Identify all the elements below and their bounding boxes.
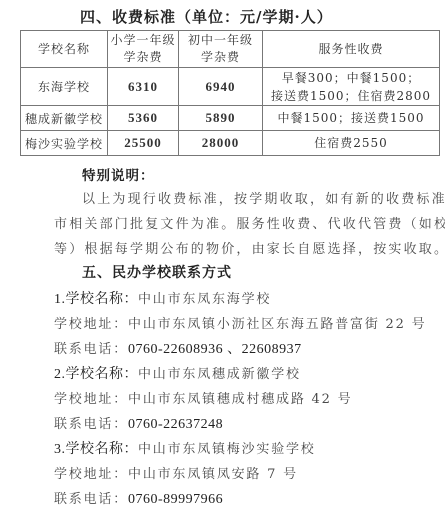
table-row: 穗成新徽学校 5360 5890 中餐1500；接送费1500 bbox=[21, 106, 440, 131]
header-school-name: 学校名称 bbox=[21, 31, 108, 68]
header-service-fee: 服务性收费 bbox=[263, 31, 440, 68]
header-junior-fee: 初中一年级学杂费 bbox=[179, 31, 263, 68]
service-fee-cell: 住宿费2550 bbox=[263, 131, 440, 156]
junior-fee-cell: 6940 bbox=[179, 68, 263, 106]
service-fee-cell: 早餐300；中餐1500；接送费1500；住宿费2800 bbox=[263, 68, 440, 106]
school-3-phone: 联系电话：0760-89997966 bbox=[54, 488, 223, 508]
school-name-cell: 穗成新徽学校 bbox=[21, 106, 108, 131]
school-1-phone: 联系电话：0760-22608936 、22608937 bbox=[54, 338, 302, 358]
school-2-name: 2.学校名称：中山市东凤穗成新徽学校 bbox=[54, 363, 301, 383]
contacts-section-title: 五、民办学校联系方式 bbox=[82, 262, 232, 282]
header-primary-fee: 小学一年级学杂费 bbox=[108, 31, 179, 68]
table-row: 东海学校 6310 6940 早餐300；中餐1500；接送费1500；住宿费2… bbox=[21, 68, 440, 106]
school-3-name: 3.学校名称：中山市东凤镇梅沙实验学校 bbox=[54, 438, 316, 458]
school-2-address: 学校地址：中山市东凤镇穗成村穗成路 42 号 bbox=[54, 388, 352, 407]
table-row: 梅沙实验学校 25500 28000 住宿费2550 bbox=[21, 131, 440, 156]
service-fee-cell: 中餐1500；接送费1500 bbox=[263, 106, 440, 131]
notes-line-3: 等）根据每学期公布的物价，由家长自愿选择，按实收取。 bbox=[54, 238, 445, 257]
primary-fee-cell: 5360 bbox=[108, 106, 179, 131]
junior-fee-cell: 5890 bbox=[179, 106, 263, 131]
school-1-address: 学校地址：中山市东凤镇小沥社区东海五路普富街 22 号 bbox=[54, 313, 426, 332]
school-1-name: 1.学校名称：中山市东凤东海学校 bbox=[54, 288, 271, 308]
table-header-row: 学校名称 小学一年级学杂费 初中一年级学杂费 服务性收费 bbox=[21, 31, 440, 68]
notes-title: 特别说明： bbox=[82, 164, 155, 184]
school-name-cell: 梅沙实验学校 bbox=[21, 131, 108, 156]
fees-section-title: 四、收费标准（单位：元/学期·人） bbox=[80, 6, 333, 27]
fee-table: 学校名称 小学一年级学杂费 初中一年级学杂费 服务性收费 东海学校 6310 6… bbox=[20, 30, 440, 156]
primary-fee-cell: 25500 bbox=[108, 131, 179, 156]
notes-line-1: 以上为现行收费标准，按学期收取，如有新的收费标准以 bbox=[82, 188, 445, 207]
notes-line-2: 市相关部门批复文件为准。服务性收费、代收代管费（如校服 bbox=[54, 213, 445, 232]
school-name-cell: 东海学校 bbox=[21, 68, 108, 106]
primary-fee-cell: 6310 bbox=[108, 68, 179, 106]
junior-fee-cell: 28000 bbox=[179, 131, 263, 156]
school-3-address: 学校地址：中山市东凤镇凤安路 7 号 bbox=[54, 463, 298, 482]
school-2-phone: 联系电话：0760-22637248 bbox=[54, 413, 223, 433]
